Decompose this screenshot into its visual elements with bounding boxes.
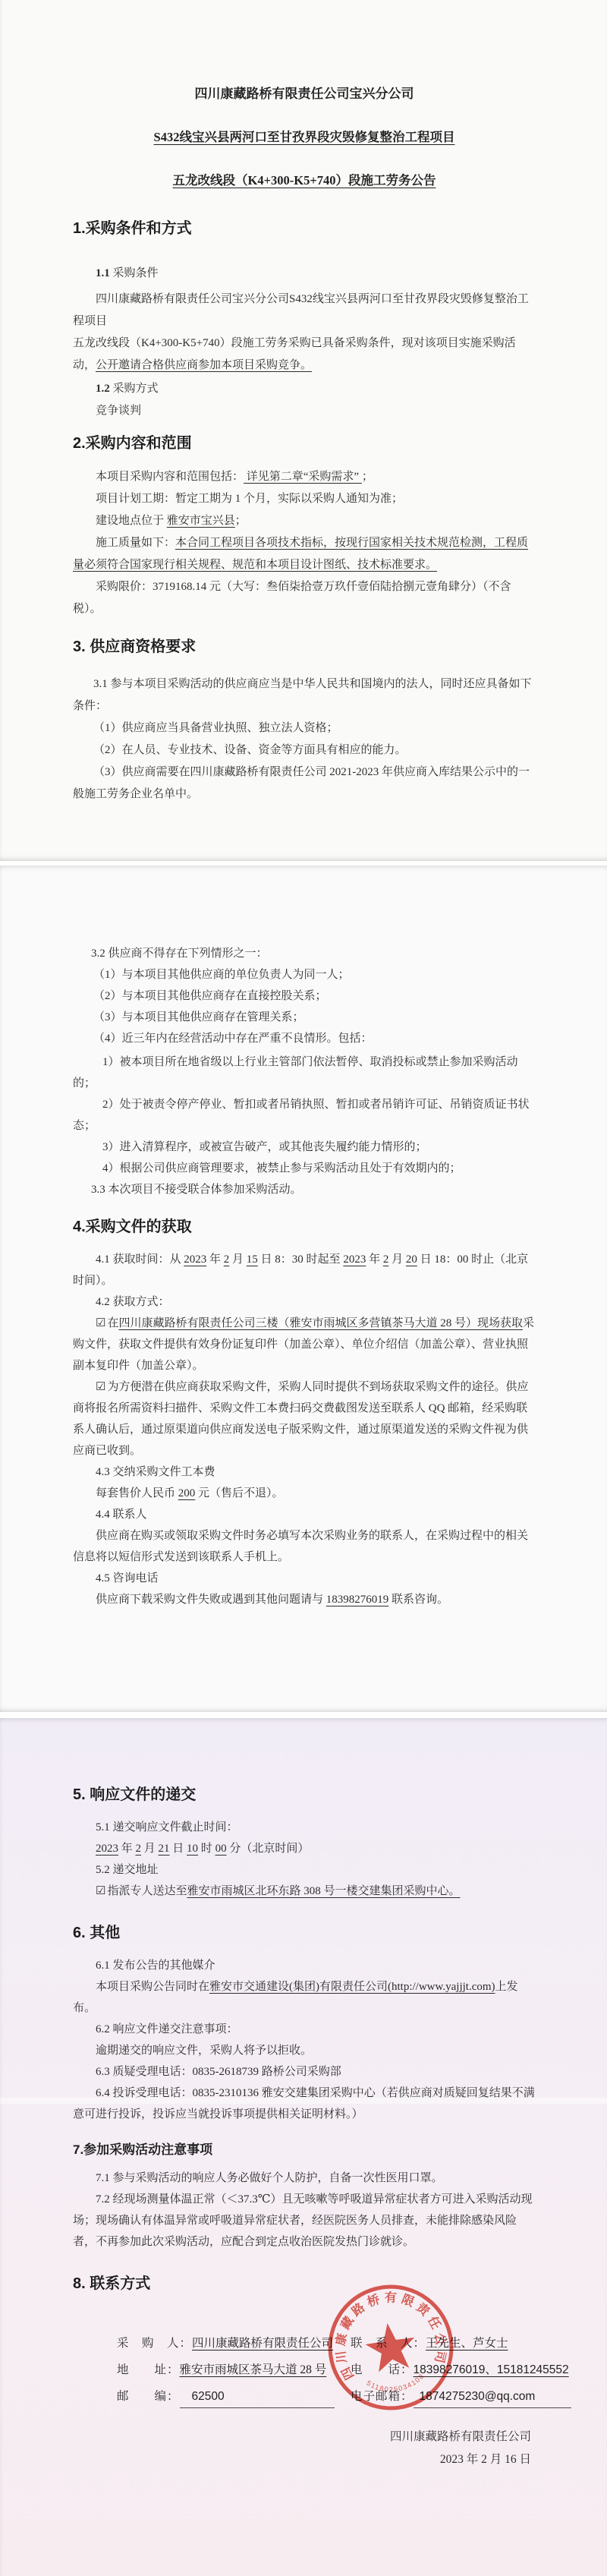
para-3-2-item-4: （4）近三年内在经营活动中存在严重不良情形。包括： (73, 1028, 536, 1049)
para-3-1: 3.1 参与本项目采购活动的供应商应当是中华人民共和国境内的法人，同时还应具备如… (73, 673, 536, 717)
heading-1-procurement-conditions: 1.采购条件和方式 (73, 217, 536, 240)
heading-2-scope: 2.采购内容和范围 (73, 432, 536, 455)
announcement-title: 五龙改线段（K4+300-K5+740）段施工劳务公告 (73, 172, 536, 190)
project-title: S432线宝兴县两河口至甘孜界段灾毁修复整治工程项目 (73, 128, 536, 147)
company-title: 四川康藏路桥有限责任公司宝兴分公司 (73, 85, 536, 103)
email-label: 电子邮箱： (351, 2390, 414, 2403)
heading-8-contact: 8. 联系方式 (73, 2272, 536, 2295)
heading-4-obtain-documents: 4.采购文件的获取 (73, 1215, 536, 1238)
heading-5-submission: 5. 响应文件的递交 (73, 1783, 536, 1806)
para-4-2-option-1: ☑在四川康藏路桥有限责任公司三楼（雅安市雨城区多营镇茶马大道 28 号）现场获取… (73, 1313, 536, 1376)
heading-7-notes: 7.参加采购活动注意事项 (73, 2139, 536, 2161)
contact-row-address: 地 址：雅安市雨城区茶马大道 28 号电 话：18398276019、15181… (117, 2360, 536, 2381)
page-1: 四川康藏路桥有限责任公司宝兴分公司 S432线宝兴县两河口至甘孜界段灾毁修复整治… (0, 0, 607, 861)
heading-3-supplier-qualification: 3. 供应商资格要求 (73, 635, 536, 658)
subheading-1-2: 1.2 采购方式 (73, 378, 536, 400)
para-2-duration: 项目计划工期：暂定工期为 1 个月，实际以采购人通知为准； (73, 488, 536, 510)
phone-value: 18398276019、15181245552 (414, 2363, 569, 2376)
para-6-1-media: 本项目采购公告同时在雅安市交通建设(集团)有限责任公司(http://www.y… (73, 1976, 536, 2019)
para-5-1-deadline: 2023 年 2 月 21 日 10 时 00 分（北京时间） (73, 1838, 536, 1859)
subheading-6-2: 6.2 响应文件递交注意事项： (73, 2019, 536, 2040)
subheading-4-2: 4.2 获取方式： (73, 1291, 536, 1313)
address-value: 雅安市雨城区茶马大道 28 号 (180, 2363, 327, 2376)
subheading-4-5: 4.5 咨询电话 (73, 1568, 536, 1589)
purchaser-value: 四川康藏路桥有限责任公司 (192, 2337, 333, 2350)
signature-company: 四川康藏路桥有限责任公司 (73, 2426, 531, 2448)
para-3-3: 3.3 本次项目不接受联合体参加采购活动。 (73, 1179, 536, 1200)
subheading-4-4: 4.4 联系人 (73, 1504, 536, 1525)
contact-person-label: 联 系 人： (351, 2337, 426, 2350)
para-4-3-fee: 每套售价人民币 200 元（售后不退）。 (73, 1483, 536, 1504)
para-3-2-subitem-1: 1）被本项目所在地省级以上行业主管部门依法暂停、取消投标或禁止参加采购活动的； (73, 1052, 536, 1094)
para-4-1-time: 4.1 获取时间：从 2023 年 2 月 15 日 8：30 时起至 2023… (73, 1249, 536, 1291)
subheading-6-1: 6.1 发布公告的其他媒介 (73, 1955, 536, 1976)
para-6-3-query-phone: 6.3 质疑受理电话：0835-2618739 路桥公司采购部 (73, 2061, 536, 2083)
para-5-2-address: ☑指派专人送达至雅安市雨城区北环东路 308 号一楼交建集团采购中心。 (73, 1881, 536, 1902)
para-3-1-item-2: （2）在人员、专业技术、设备、资金等方面具有相应的能力。 (73, 739, 536, 761)
para-3-2: 3.2 供应商不得存在下列情形之一： (73, 943, 536, 964)
signature-date: 2023 年 2 月 16 日 (73, 2449, 531, 2470)
para-3-2-item-1: （1）与本项目其他供应商的单位负责人为同一人； (73, 964, 536, 985)
para-3-1-item-1: （1）供应商应当具备营业执照、独立法人资格； (73, 717, 536, 739)
contact-row-purchaser: 采 购 人：四川康藏路桥有限责任公司联 系 人：王先生、芦女士 (117, 2333, 536, 2354)
email-value: 1874275230@qq.com (414, 2386, 571, 2408)
para-1-1-line1: 四川康藏路桥有限责任公司宝兴分公司S432线宝兴县两河口至甘孜界段灾毁修复整治工… (73, 288, 536, 333)
para-3-2-subitem-3: 3）进入清算程序，或被宣告破产，或其他丧失履约能力情形的； (73, 1137, 536, 1158)
checkbox-checked-icon: ☑ (96, 1317, 105, 1329)
postal-label: 邮 编： (117, 2390, 180, 2403)
para-4-4-contact: 供应商在购买或领取采购文件时务必填写本次采购业务的联系人，在采购过程中的相关信息… (73, 1525, 536, 1568)
para-6-2-late: 逾期递交的响应文件，采购人将予以拒收。 (73, 2040, 536, 2061)
subheading-5-2: 5.2 递交地址 (73, 1859, 536, 1881)
para-3-2-item-3: （3）与本项目其他供应商存在管理关系； (73, 1007, 536, 1028)
para-2-price-limit: 采购限价：3719168.14 元（大写：叁佰柒拾壹万玖仟壹佰陆拾捌元壹角肆分）… (73, 576, 536, 620)
subheading-5-1: 5.1 递交响应文件截止时间： (73, 1817, 536, 1838)
scanned-announcement-document: 四川康藏路桥有限责任公司宝兴分公司 S432线宝兴县两河口至甘孜界段灾毁修复整治… (0, 0, 607, 2576)
phone-label: 电 话： (351, 2363, 414, 2376)
para-7-2: 7.2 经现场测量体温正常（＜37.3℃）且无咳嗽等呼吸道异常症状者方可进入采购… (73, 2189, 536, 2253)
para-3-2-subitem-2: 2）处于被责令停产停业、暂扣或者吊销执照、暂扣或者吊销许可证、吊销资质证书状态； (73, 1094, 536, 1137)
para-1-2-method: 竞争谈判 (73, 400, 536, 422)
contact-row-postal: 邮 编：62500电子邮箱：1874275230@qq.com (117, 2386, 536, 2408)
checkbox-checked-icon: ☑ (96, 1885, 105, 1897)
postal-value: 62500 (180, 2386, 335, 2408)
para-3-2-subitem-4: 4）根据公司供应商管理要求，被禁止参与采购活动且处于有效期内的； (73, 1158, 536, 1179)
para-1-1-line2: 五龙改线段（K4+300-K5+740）段施工劳务采购已具备采购条件，现对该项目… (73, 333, 536, 377)
para-2-location: 建设地点位于 雅安市宝兴县； (73, 510, 536, 532)
heading-6-others: 6. 其他 (73, 1922, 536, 1944)
subheading-4-3: 4.3 交纳采购文件工本费 (73, 1461, 536, 1483)
para-3-2-item-2: （2）与本项目其他供应商存在直接控股关系； (73, 985, 536, 1007)
para-2-scope: 本项目采购内容和范围包括： 详见第二章“采购需求” ； (73, 466, 536, 488)
para-4-5-phone: 供应商下载采购文件失败或遇到其他问题请与 18398276019 联系咨询。 (73, 1589, 536, 1610)
page-3: 5. 响应文件的递交 5.1 递交响应文件截止时间： 2023 年 2 月 21… (0, 1718, 607, 2576)
contact-section: 采 购 人：四川康藏路桥有限责任公司联 系 人：王先生、芦女士 地 址：雅安市雨… (73, 2333, 536, 2408)
address-label: 地 址： (117, 2363, 180, 2376)
page-2: 3.2 供应商不得存在下列情形之一： （1）与本项目其他供应商的单位负责人为同一… (0, 865, 607, 1712)
page-gap-2 (0, 1712, 607, 1718)
para-6-4-complaint-phone: 6.4 投诉受理电话：0835-2310136 雅安交建集团采购中心（若供应商对… (73, 2083, 536, 2125)
subheading-1-1: 1.1 采购条件 (73, 263, 536, 285)
para-3-1-item-3: （3）供应商需要在四川康藏路桥有限责任公司 2021-2023 年供应商入库结果… (73, 761, 536, 806)
contact-person-value: 王先生、芦女士 (426, 2337, 508, 2350)
purchaser-label: 采 购 人： (117, 2337, 192, 2350)
para-2-quality: 施工质量如下：本合同工程项目各项技术指标，按现行国家相关技术规范检测，工程质量必… (73, 532, 536, 576)
para-7-1: 7.1 参与采购活动的响应人务必做好个人防护，自备一次性医用口罩。 (73, 2168, 536, 2189)
para-4-2-option-2: ☑为方便潜在供应商获取采购文件，采购人同时提供不到场获取采购文件的途径。供应商将… (73, 1376, 536, 1461)
checkbox-checked-icon: ☑ (96, 1381, 105, 1393)
